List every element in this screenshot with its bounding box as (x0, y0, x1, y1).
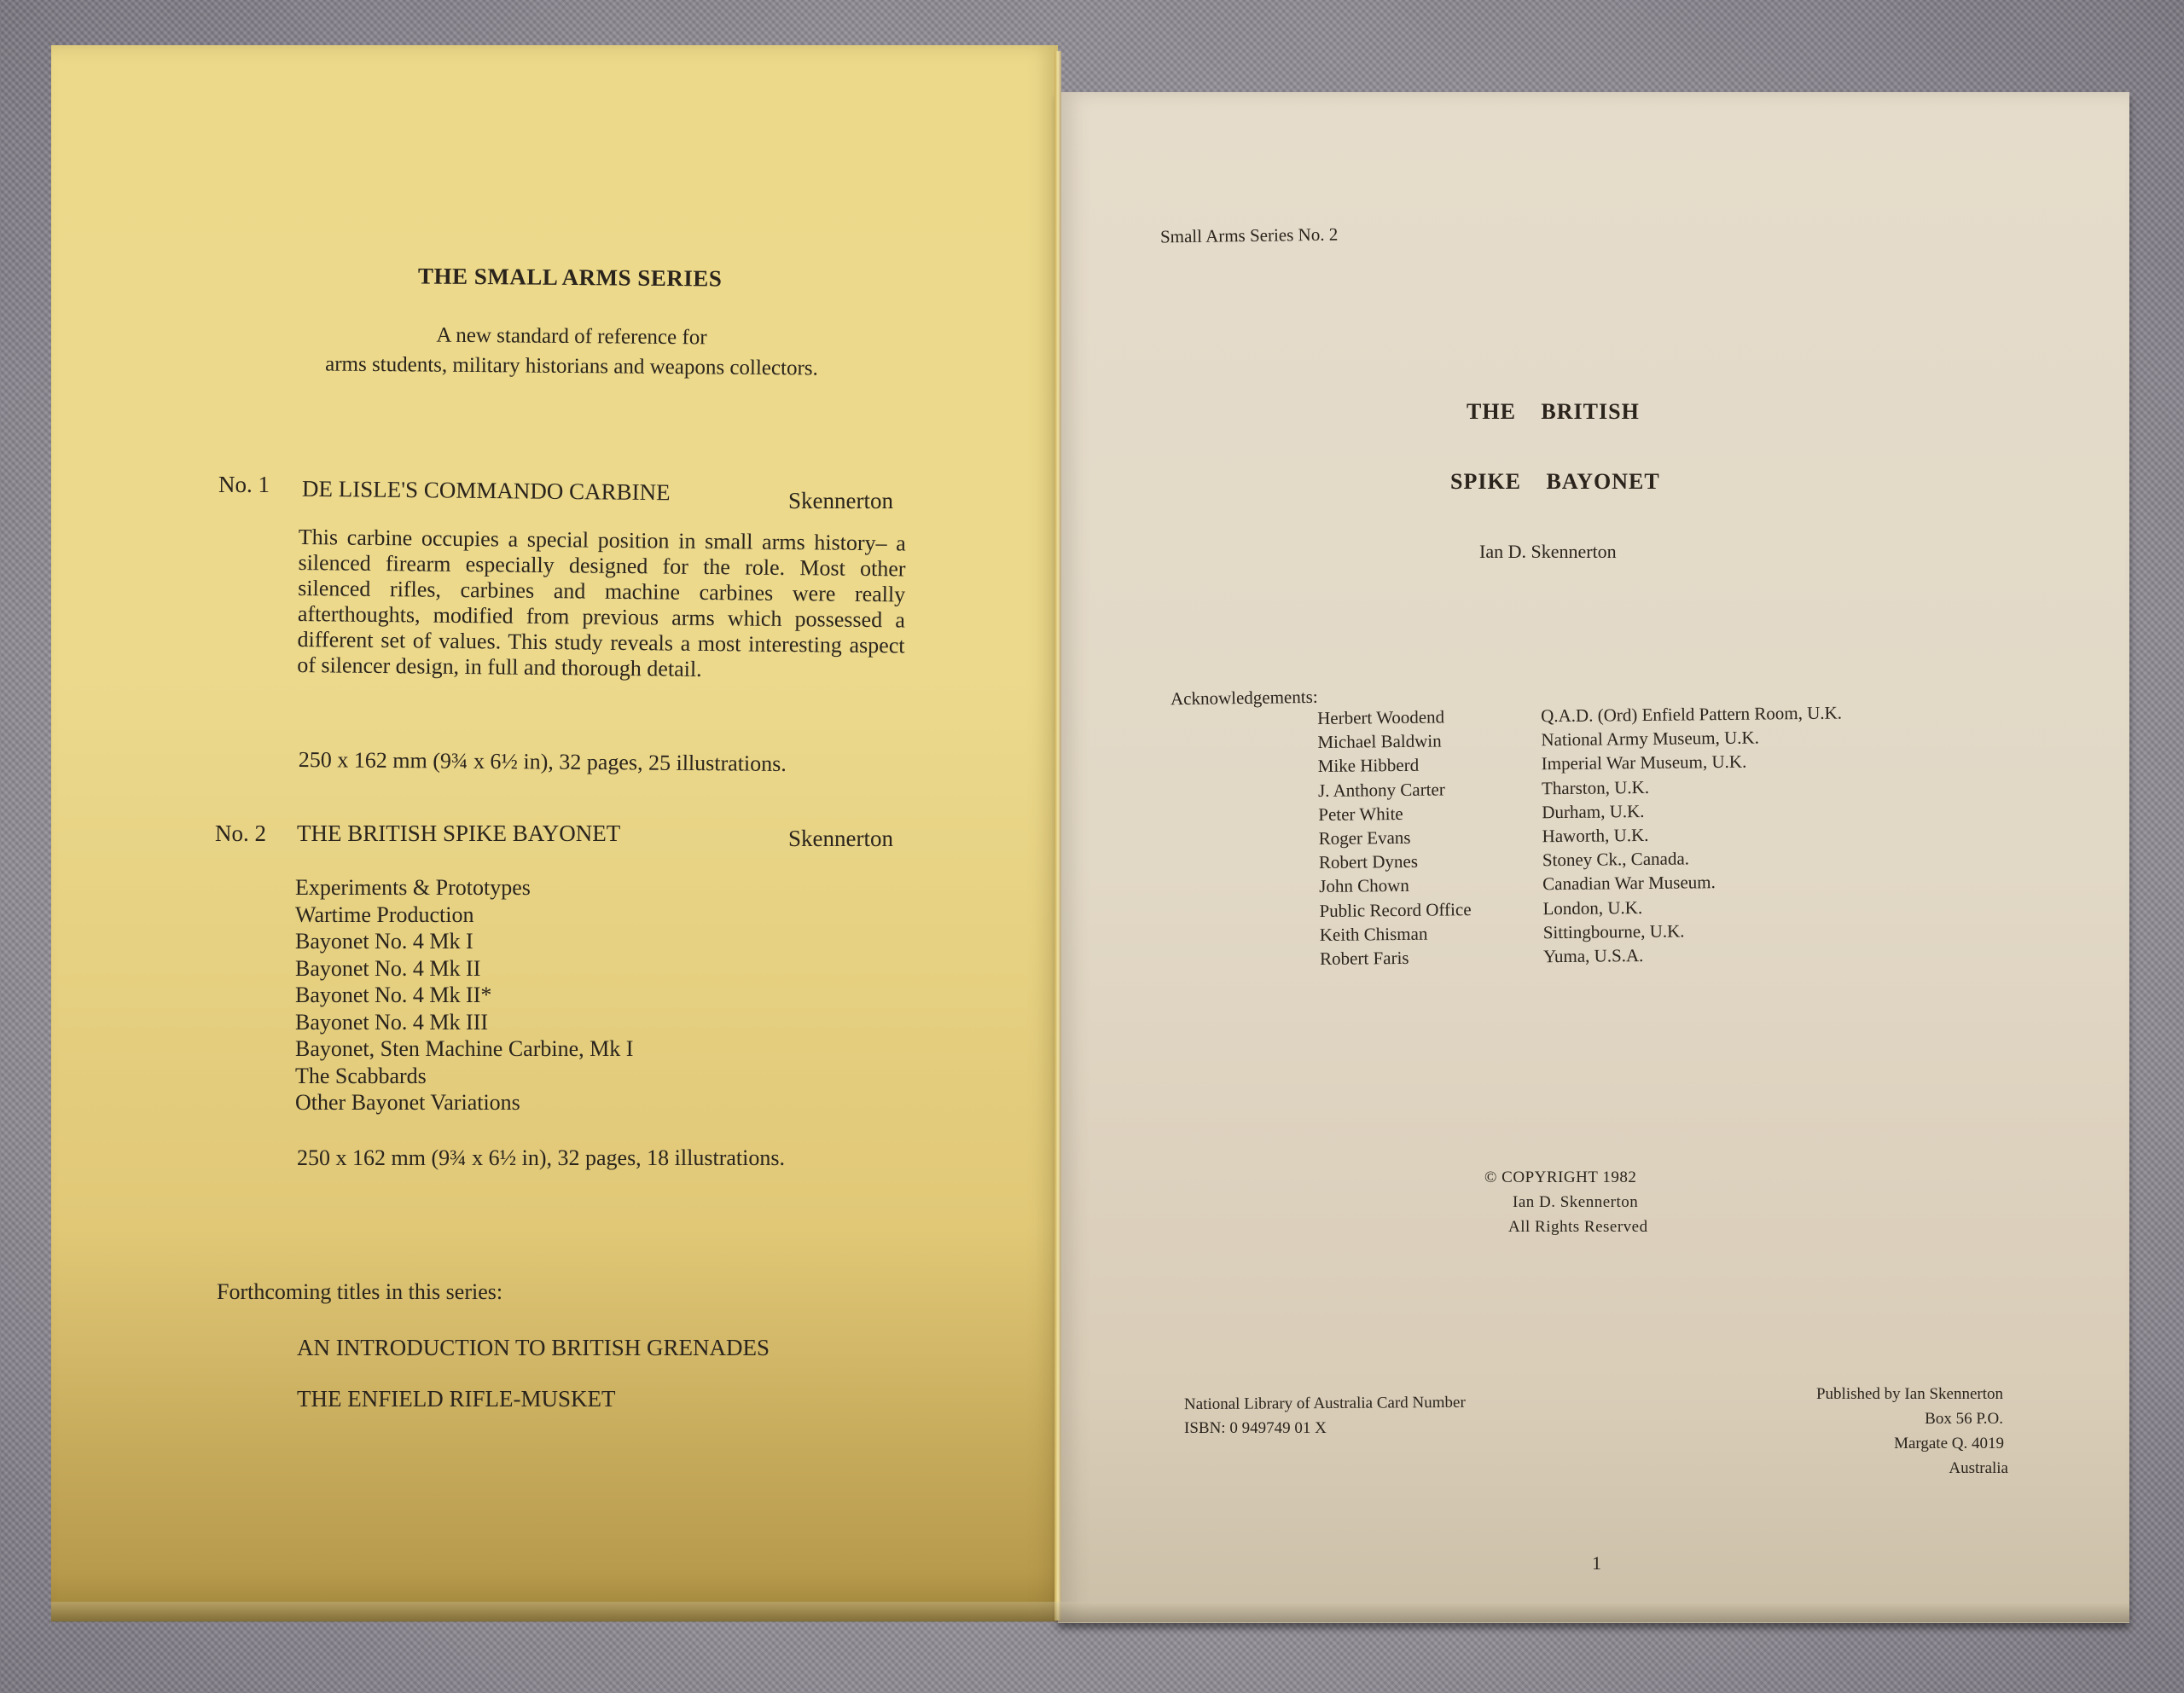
contents-item: Bayonet No. 4 Mk II* (295, 982, 633, 1009)
entry-2-specs: 250 x 162 mm (9¾ x 6½ in), 32 pages, 18 … (297, 1145, 785, 1171)
ack-affiliation: Tharston, U.K. (1542, 775, 1649, 801)
ack-name: Public Record Office (1319, 896, 1542, 923)
page-number: 1 (1592, 1552, 1601, 1574)
isbn: ISBN: 0 949749 01 X (1184, 1419, 1327, 1438)
ack-name: Mike Hibberd (1318, 752, 1542, 779)
ack-name: J. Anthony Carter (1318, 776, 1542, 803)
forthcoming-title-2: THE ENFIELD RIFLE-MUSKET (297, 1386, 615, 1412)
entry-2-number: No. 2 (215, 820, 266, 847)
entry-2-contents: Experiments & Prototypes Wartime Product… (295, 874, 633, 1116)
ack-affiliation: Stoney Ck., Canada. (1542, 847, 1689, 873)
ack-name: Roger Evans (1318, 824, 1542, 850)
publisher-name: Published by Ian Skennerton (1816, 1385, 2003, 1404)
ack-affiliation: Canadian War Museum. (1542, 871, 1716, 896)
entry-1-author: Skennerton (788, 488, 893, 514)
title-line-2: SPIKE BAYONET (1450, 469, 1660, 495)
ack-affiliation: Durham, U.K. (1542, 799, 1644, 824)
ack-affiliation: Haworth, U.K. (1542, 823, 1648, 849)
ack-name: Robert Dynes (1319, 848, 1542, 874)
entry-1-description: This carbine occupies a special position… (297, 525, 906, 684)
ack-name: Herbert Woodend (1317, 704, 1541, 730)
ack-affiliation: Imperial War Museum, U.K. (1542, 750, 1747, 776)
series-heading: THE SMALL ARMS SERIES (418, 263, 723, 292)
ack-name: Michael Baldwin (1317, 728, 1541, 754)
acknowledgements-list: Herbert WoodendQ.A.D. (Ord) Enfield Patt… (1317, 701, 1844, 971)
contents-item: The Scabbards (295, 1063, 633, 1090)
ack-affiliation: National Army Museum, U.K. (1541, 726, 1759, 752)
contents-item: Other Bayonet Variations (295, 1089, 633, 1116)
publisher-box: Box 56 P.O. (1925, 1410, 2003, 1429)
contents-item: Wartime Production (295, 902, 633, 929)
ack-name: Peter White (1318, 800, 1542, 826)
contents-item: Experiments & Prototypes (295, 874, 633, 902)
entry-2-title: THE BRITISH SPIKE BAYONET (297, 820, 620, 847)
ack-affiliation: London, U.K. (1542, 896, 1642, 920)
acknowledgements-label: Acknowledgements: (1170, 687, 1318, 710)
title-author: Ian D. Skennerton (1479, 541, 1617, 563)
contents-item: Bayonet No. 4 Mk III (295, 1009, 633, 1036)
ack-affiliation: Sittingbourne, U.K. (1543, 919, 1685, 944)
contents-item: Bayonet No. 4 Mk II (295, 955, 633, 983)
contents-item: Bayonet No. 4 Mk I (295, 928, 633, 955)
entry-1-title: DE LISLE'S COMMANDO CARBINE (302, 476, 671, 507)
ack-name: Keith Chisman (1320, 920, 1543, 947)
ack-affiliation: Yuma, U.S.A. (1543, 943, 1644, 968)
title-line-1: THE BRITISH (1467, 399, 1640, 425)
entry-1-specs: 250 x 162 mm (9¾ x 6½ in), 32 pages, 25 … (299, 747, 787, 777)
book-spine (1054, 51, 1061, 1621)
copyright-rights: All Rights Reserved (1508, 1218, 1648, 1237)
ack-affiliation: Q.A.D. (Ord) Enfield Pattern Room, U.K. (1541, 701, 1842, 728)
publisher-country: Australia (1949, 1459, 2008, 1478)
copyright-holder: Ian D. Skennerton (1513, 1193, 1638, 1212)
series-number: Small Arms Series No. 2 (1160, 224, 1339, 248)
ack-name: Robert Faris (1320, 944, 1543, 971)
forthcoming-label: Forthcoming titles in this series: (217, 1279, 502, 1305)
entry-1-number: No. 1 (218, 472, 270, 498)
contents-item: Bayonet, Sten Machine Carbine, Mk I (295, 1035, 633, 1063)
copyright-notice: © COPYRIGHT 1982 (1484, 1168, 1636, 1187)
forthcoming-title-1: AN INTRODUCTION TO BRITISH GRENADES (297, 1335, 770, 1361)
display-stand (51, 1602, 2129, 1622)
library-card-label: National Library of Australia Card Numbe… (1184, 1394, 1466, 1414)
ack-name: John Chown (1319, 873, 1542, 899)
publisher-city: Margate Q. 4019 (1894, 1435, 2004, 1453)
entry-2-author: Skennerton (788, 826, 893, 852)
